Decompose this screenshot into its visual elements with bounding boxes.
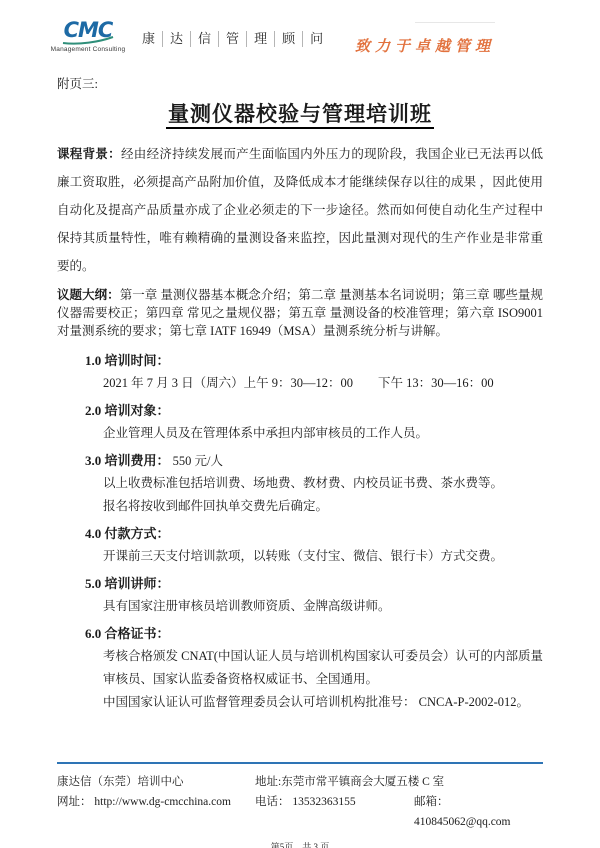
website-label: 网址： [57,796,94,808]
section-text: 中国国家认证认可监督管理委员会认可培训机构批准号： CNCA-P-2002-01… [103,691,543,714]
cmc-logo-subtitle: Management Consulting [51,46,126,53]
footer-phone: 电话： 13532363155 [255,792,414,832]
agenda-paragraph: 议题大纲：第一章 量测仪器基本概念介绍；第二章 量测基本名词说明；第三章 哪些量… [57,286,543,340]
section-text: 企业管理人员及在管理体系中承担内部审核员的工作人员。 [103,422,543,445]
section-heading-suffix: 550 元/人 [170,454,223,468]
company-char: 顾 [274,31,302,47]
company-char: 达 [162,31,190,47]
section-heading: 6.0 合格证书： [85,623,543,645]
footer-left-column: 康达信（东莞）培训中心 网址： http://www.dg-cmcchina.c… [57,772,255,832]
company-char: 信 [190,31,218,47]
section-heading-text: 3.0 培训费用： [85,453,170,468]
course-background-label: 课程背景： [57,147,121,161]
slogan-text: 致力于卓越管理 [355,35,495,56]
company-name-chinese: 康 达 信 管 理 顾 问 [135,31,330,47]
logo-swoosh-icon [61,36,115,45]
phone-label: 电话： [255,796,292,808]
cmc-logo-mark: CMC Management Consulting [57,20,119,53]
section-training-time: 1.0 培训时间： 2021 年 7 月 3 日（周六）上午 9：30—12：0… [57,350,543,395]
footer-website-row: 网址： http://www.dg-cmcchina.com [57,792,255,812]
footer: 康达信（东莞）培训中心 网址： http://www.dg-cmcchina.c… [57,762,543,848]
footer-contact-block: 康达信（东莞）培训中心 网址： http://www.dg-cmcchina.c… [57,772,543,832]
section-heading: 4.0 付款方式： [85,523,543,545]
section-training-fee: 3.0 培训费用： 550 元/人 以上收费标准包括培训费、场地费、教材费、内校… [57,450,543,518]
phone-number: 13532363155 [292,796,355,808]
section-text: 以上收费标准包括培训费、场地费、教材费、内校员证书费、茶水费等。 [103,472,543,495]
footer-org-name: 康达信（东莞）培训中心 [57,772,255,792]
section-heading: 1.0 培训时间： [85,350,543,372]
company-char: 管 [218,31,246,47]
page-title-text: 量测仪器校验与管理培训班 [166,102,434,129]
footer-address: 地址:东莞市常平镇商会大厦五楼 C 室 [255,772,543,792]
company-char: 康 [135,31,162,47]
numbered-sections: 1.0 培训时间： 2021 年 7 月 3 日（周六）上午 9：30—12：0… [57,350,543,714]
decorative-line [415,22,495,23]
company-char: 理 [246,31,274,47]
course-background-paragraph: 课程背景：经由经济持续发展而产生面临国内外压力的现阶段，我国企业已无法再以低廉工… [57,140,543,280]
section-heading: 5.0 培训讲师： [85,573,543,595]
header: CMC Management Consulting 康 达 信 管 理 顾 问 … [57,20,543,64]
cmc-logo: CMC Management Consulting 康 达 信 管 理 顾 问 [57,20,330,53]
section-text: 2021 年 7 月 3 日（周六）上午 9：30—12：00 下午 13：30… [103,372,543,395]
footer-contact-row: 电话： 13532363155 邮箱： 410845062@qq.com [255,792,543,832]
agenda-text: 第一章 量测仪器基本概念介绍；第二章 量测基本名词说明；第三章 哪些量规仪器需要… [57,288,543,338]
company-char: 问 [302,31,330,47]
course-background-text: 经由经济持续发展而产生面临国内外压力的现阶段，我国企业已无法再以低廉工资取胜，必… [57,147,543,273]
email-address[interactable]: 410845062@qq.com [414,816,511,828]
page-number: 第5页，共 3 页 [57,840,543,848]
section-text: 考核合格颁发 CNAT(中国认证人员与培训机构国家认可委员会）认可的内部质量审核… [103,645,543,691]
website-url[interactable]: http://www.dg-cmcchina.com [94,796,231,808]
email-label: 邮箱： [414,796,449,808]
attachment-label: 附页三: [57,74,543,92]
section-heading: 2.0 培训对象： [85,400,543,422]
section-payment-method: 4.0 付款方式： 开课前三天支付培训款项，以转账（支付宝、微信、银行卡）方式交… [57,523,543,568]
section-text: 具有国家注册审核员培训教师资质、金牌高级讲师。 [103,595,543,618]
section-text: 报名将按收到邮件回执单交费先后确定。 [103,495,543,518]
slogan-block: 致力于卓越管理 [355,20,495,56]
page-title: 量测仪器校验与管理培训班 [57,98,543,128]
section-text: 开课前三天支付培训款项，以转账（支付宝、微信、银行卡）方式交费。 [103,545,543,568]
agenda-label: 议题大纲： [57,288,120,302]
section-trainer: 5.0 培训讲师： 具有国家注册审核员培训教师资质、金牌高级讲师。 [57,573,543,618]
footer-divider [57,762,543,764]
section-certificate: 6.0 合格证书： 考核合格颁发 CNAT(中国认证人员与培训机构国家认可委员会… [57,623,543,714]
footer-right-column: 地址:东莞市常平镇商会大厦五楼 C 室 电话： 13532363155 邮箱： … [255,772,543,832]
section-training-audience: 2.0 培训对象： 企业管理人员及在管理体系中承担内部审核员的工作人员。 [57,400,543,445]
footer-email: 邮箱： 410845062@qq.com [414,792,543,832]
section-heading: 3.0 培训费用： 550 元/人 [85,450,543,472]
